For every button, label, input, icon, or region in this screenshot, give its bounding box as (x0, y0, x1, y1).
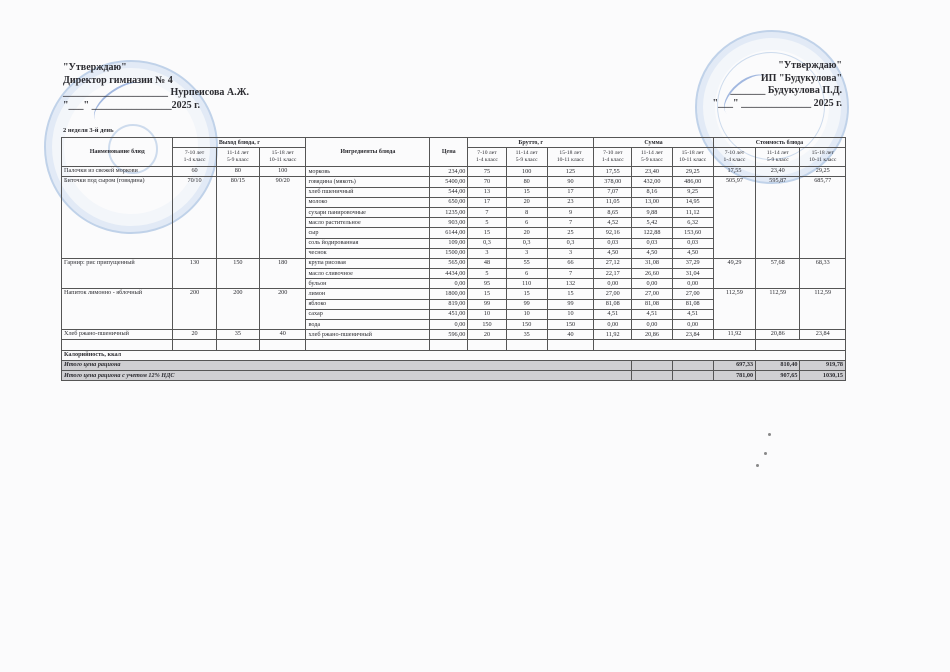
ingredient-gross: 15 (506, 187, 547, 197)
empty-cell (260, 340, 306, 350)
ingredient-sum: 0,00 (594, 320, 632, 330)
total-value: 697,33 (713, 360, 755, 370)
ingredient-gross: 40 (547, 330, 593, 340)
ingredient-gross: 55 (506, 258, 547, 268)
ingredient-sum: 13,00 (632, 197, 672, 207)
ingredient-gross: 10 (547, 309, 593, 319)
approval-title: "Утверждаю" (712, 60, 842, 73)
ingredient-gross: 3 (468, 248, 506, 258)
scan-speck (768, 433, 771, 436)
total-value: 781,00 (713, 370, 755, 380)
approval-signature-line: _____________________ Нурпеисова А.Ж. (63, 87, 249, 100)
ingredient-sum: 432,00 (632, 177, 672, 187)
ingredient-sum: 4,52 (594, 218, 632, 228)
ingredient-name: бульон (306, 279, 430, 289)
grade-label: 5-9 класс (758, 157, 797, 165)
header-age-group: 7-10 лет1-4 класс (594, 148, 632, 167)
header-gross: Брутто, г (468, 138, 594, 148)
ingredient-sum: 11,05 (594, 197, 632, 207)
ingredient-sum: 27,00 (672, 289, 713, 299)
header-sum: Сумма (594, 138, 714, 148)
ingredient-price: 234,00 (430, 167, 468, 177)
ingredient-name: сухари панировочные (306, 207, 430, 217)
ingredient-name: сахар (306, 309, 430, 319)
dish-yield: 180 (260, 258, 306, 289)
ingredient-price: 6144,00 (430, 228, 468, 238)
approval-block-left: "Утверждаю" Директор гимназии № 4 ______… (63, 62, 249, 112)
dish-cost: 49,29 (713, 258, 755, 289)
ingredient-gross: 125 (547, 167, 593, 177)
dish-yield: 150 (216, 258, 259, 289)
total-row: Итого цена рациона697,33810,40919,78 (62, 360, 846, 370)
ingredient-sum: 0,03 (672, 238, 713, 248)
ingredient-sum: 8,16 (632, 187, 672, 197)
dish-cost: 20,86 (756, 330, 800, 340)
ingredient-sum: 17,55 (594, 167, 632, 177)
ingredient-gross: 100 (506, 167, 547, 177)
ingredient-gross: 15 (506, 289, 547, 299)
ingredient-sum: 4,51 (672, 309, 713, 319)
empty-row (62, 340, 846, 350)
ingredient-sum: 0,03 (594, 238, 632, 248)
header-age-group: 11-14 лет5-9 класс (632, 148, 672, 167)
header-age-group: 7-10 лет1-4 класс (468, 148, 506, 167)
empty-cell (506, 340, 547, 350)
dish-name: Биточки под сыром (говядина) (62, 177, 173, 259)
ingredient-name: хлеб ржано-пшеничный (306, 330, 430, 340)
ingredient-gross: 15 (468, 228, 506, 238)
ingredient-gross: 132 (547, 279, 593, 289)
ingredient-gross: 20 (468, 330, 506, 340)
dish-cost: 595,87 (756, 177, 800, 259)
ingredient-gross: 3 (547, 248, 593, 258)
ingredient-sum: 11,92 (594, 330, 632, 340)
ingredient-gross: 10 (506, 309, 547, 319)
ingredient-gross: 5 (468, 269, 506, 279)
header-age-group: 11-14 лет5-9 класс (506, 148, 547, 167)
ingredient-name: лимон (306, 289, 430, 299)
ingredient-gross: 15 (547, 289, 593, 299)
ingredient-sum: 0,00 (632, 320, 672, 330)
grade-label: 1-4 класс (175, 157, 213, 165)
ingredient-gross: 66 (547, 258, 593, 268)
ingredient-gross: 35 (506, 330, 547, 340)
dish-yield: 35 (216, 330, 259, 340)
total-vat-row: Итого цена рациона с учетом 12% НДС781,0… (62, 370, 846, 380)
ingredient-name: сыр (306, 228, 430, 238)
ingredient-sum: 27,00 (594, 289, 632, 299)
dish-cost: 23,40 (756, 167, 800, 177)
table-row: Хлеб ржано-пшеничный203540хлеб ржано-пше… (62, 330, 846, 340)
empty-cell (173, 340, 216, 350)
dish-yield: 90/20 (260, 177, 306, 259)
total-value: 919,78 (800, 360, 846, 370)
ingredient-gross: 150 (468, 320, 506, 330)
ingredient-gross: 7 (468, 207, 506, 217)
ingredient-gross: 99 (547, 299, 593, 309)
header-ingredients: Ингредиенты блюда (306, 138, 430, 167)
table-row: Палочки из свежей моркови6080100морковь2… (62, 167, 846, 177)
dish-yield: 70/10 (173, 177, 216, 259)
ingredient-sum: 37,29 (672, 258, 713, 268)
header-age-group: 15-18 лет10-11 класс (547, 148, 593, 167)
ingredient-price: 0,00 (430, 279, 468, 289)
header-yield: Выход блюда, г (173, 138, 306, 148)
ingredient-price: 0,00 (430, 320, 468, 330)
dish-yield: 100 (260, 167, 306, 177)
dish-name: Напиток лимонно - яблочный (62, 289, 173, 330)
dish-name: Хлеб ржано-пшеничный (62, 330, 173, 340)
ingredient-sum: 29,25 (672, 167, 713, 177)
dish-yield: 20 (173, 330, 216, 340)
ingredient-gross: 20 (506, 228, 547, 238)
total-value: 1030,15 (800, 370, 846, 380)
header-dish-name: Наименование блюд (62, 138, 173, 167)
scan-speck (764, 452, 767, 455)
age-label: 7-10 лет (716, 150, 753, 158)
header-dish-cost: Стоимость блюда (713, 138, 845, 148)
menu-day-subtitle: 2 неделя 3-й день (63, 127, 114, 134)
grade-label: 10-11 класс (802, 157, 843, 165)
ingredient-price: 903,00 (430, 218, 468, 228)
empty-cell (306, 340, 430, 350)
empty-cell (547, 340, 593, 350)
approval-position: ИП "Будукулова" (712, 73, 842, 86)
approval-date-line: "___" ________________2025 г. (63, 100, 249, 113)
ingredient-sum: 486,00 (672, 177, 713, 187)
header-age-group: 7-10 лет1-4 класс (713, 148, 755, 167)
ingredient-sum: 0,03 (632, 238, 672, 248)
ingredient-gross: 15 (468, 289, 506, 299)
ingredient-name: масло растительное (306, 218, 430, 228)
ingredient-gross: 9 (547, 207, 593, 217)
ingredient-price: 596,00 (430, 330, 468, 340)
dish-yield: 80/15 (216, 177, 259, 259)
total-value: 907,65 (756, 370, 800, 380)
grade-label: 1-4 класс (470, 157, 503, 165)
empty-cell (672, 370, 713, 380)
ingredient-gross: 13 (468, 187, 506, 197)
age-label: 15-18 лет (550, 150, 591, 158)
approval-signature-line: _______ Будукулова П.Д. (712, 85, 842, 98)
age-label: 7-10 лет (596, 150, 629, 158)
age-label: 11-14 лет (634, 150, 669, 158)
grade-label: 10-11 класс (675, 157, 711, 165)
empty-cell (672, 360, 713, 370)
ingredient-sum: 153,60 (672, 228, 713, 238)
header-age-group: 7-10 лет1-4 класс (173, 148, 216, 167)
menu-table: Наименование блюдВыход блюда, гИнгредиен… (61, 137, 846, 381)
dish-cost: 112,59 (800, 289, 846, 330)
grade-label: 10-11 класс (262, 157, 303, 165)
age-label: 7-10 лет (175, 150, 213, 158)
dish-cost: 112,59 (756, 289, 800, 330)
dish-cost: 23,84 (800, 330, 846, 340)
header-row: Наименование блюдВыход блюда, гИнгредиен… (62, 138, 846, 148)
ingredient-sum: 0,00 (632, 279, 672, 289)
ingredient-sum: 14,95 (672, 197, 713, 207)
ingredient-gross: 0,3 (506, 238, 547, 248)
dish-cost: 505,97 (713, 177, 755, 259)
empty-cell (216, 340, 259, 350)
age-label: 11-14 лет (758, 150, 797, 158)
ingredient-sum: 20,86 (632, 330, 672, 340)
approval-position: Директор гимназии № 4 (63, 75, 249, 88)
ingredient-sum: 4,51 (632, 309, 672, 319)
ingredient-gross: 20 (506, 197, 547, 207)
ingredient-gross: 17 (468, 197, 506, 207)
table-row: Гарнир: рис припущенный130150180крупа ри… (62, 258, 846, 268)
empty-cell (468, 340, 506, 350)
ingredient-price: 650,00 (430, 197, 468, 207)
ingredient-sum: 23,84 (672, 330, 713, 340)
ingredient-sum: 23,40 (632, 167, 672, 177)
ingredient-gross: 3 (506, 248, 547, 258)
ingredient-sum: 0,00 (672, 279, 713, 289)
ingredient-name: чеснок (306, 248, 430, 258)
ingredient-sum: 4,50 (672, 248, 713, 258)
ingredient-sum: 92,16 (594, 228, 632, 238)
ingredient-gross: 0,3 (547, 238, 593, 248)
ingredient-gross: 10 (468, 309, 506, 319)
total-label: Итого цена рациона с учетом 12% НДС (62, 370, 632, 380)
dish-yield: 200 (173, 289, 216, 330)
ingredient-gross: 6 (506, 218, 547, 228)
ingredient-gross: 99 (468, 299, 506, 309)
ingredient-sum: 26,60 (632, 269, 672, 279)
ingredient-gross: 17 (547, 187, 593, 197)
ingredient-gross: 110 (506, 279, 547, 289)
ingredient-gross: 150 (547, 320, 593, 330)
ingredient-name: масло сливочное (306, 269, 430, 279)
ingredient-name: соль йодированная (306, 238, 430, 248)
empty-cell (756, 340, 846, 350)
empty-cell (632, 360, 672, 370)
calories-label: Калорийность, ккал (62, 350, 846, 360)
approval-block-right: "Утверждаю" ИП "Будукулова" _______ Буду… (712, 60, 842, 110)
ingredient-gross: 75 (468, 167, 506, 177)
table-row: Биточки под сыром (говядина)70/1080/1590… (62, 177, 846, 187)
ingredient-price: 5400,00 (430, 177, 468, 187)
ingredient-price: 1235,00 (430, 207, 468, 217)
dish-yield: 40 (260, 330, 306, 340)
ingredient-gross: 25 (547, 228, 593, 238)
age-label: 15-18 лет (262, 150, 303, 158)
ingredient-sum: 0,00 (594, 279, 632, 289)
dish-cost: 17,55 (713, 167, 755, 177)
grade-label: 5-9 класс (634, 157, 669, 165)
ingredient-gross: 150 (506, 320, 547, 330)
ingredient-sum: 11,12 (672, 207, 713, 217)
ingredient-sum: 8,65 (594, 207, 632, 217)
ingredient-name: вода (306, 320, 430, 330)
approval-title: "Утверждаю" (63, 62, 249, 75)
ingredient-gross: 23 (547, 197, 593, 207)
age-label: 7-10 лет (470, 150, 503, 158)
ingredient-sum: 22,17 (594, 269, 632, 279)
ingredient-name: морковь (306, 167, 430, 177)
header-age-group: 15-18 лет10-11 класс (672, 148, 713, 167)
approval-date-line: "___" ______________ 2025 г. (712, 98, 842, 111)
ingredient-name: говядина (мякоть) (306, 177, 430, 187)
ingredient-price: 109,00 (430, 238, 468, 248)
grade-label: 5-9 класс (509, 157, 545, 165)
dish-cost: 57,68 (756, 258, 800, 289)
dish-yield: 80 (216, 167, 259, 177)
ingredient-price: 544,00 (430, 187, 468, 197)
ingredient-sum: 7,07 (594, 187, 632, 197)
age-label: 15-18 лет (675, 150, 711, 158)
dish-yield: 200 (260, 289, 306, 330)
dish-cost: 11,92 (713, 330, 755, 340)
ingredient-sum: 4,50 (632, 248, 672, 258)
ingredient-sum: 81,08 (632, 299, 672, 309)
dish-yield: 130 (173, 258, 216, 289)
ingredient-gross: 80 (506, 177, 547, 187)
ingredient-gross: 95 (468, 279, 506, 289)
grade-label: 10-11 класс (550, 157, 591, 165)
calories-row: Калорийность, ккал (62, 350, 846, 360)
header-price: Цена (430, 138, 468, 167)
ingredient-gross: 6 (506, 269, 547, 279)
empty-cell (594, 340, 756, 350)
ingredient-name: яблоко (306, 299, 430, 309)
ingredient-gross: 5 (468, 218, 506, 228)
total-value: 810,40 (756, 360, 800, 370)
ingredient-gross: 99 (506, 299, 547, 309)
ingredient-sum: 122,88 (632, 228, 672, 238)
ingredient-sum: 378,00 (594, 177, 632, 187)
ingredient-gross: 7 (547, 218, 593, 228)
ingredient-price: 565,00 (430, 258, 468, 268)
ingredient-price: 4434,00 (430, 269, 468, 279)
header-age-group: 15-18 лет10-11 класс (260, 148, 306, 167)
age-label: 11-14 лет (509, 150, 545, 158)
grade-label: 5-9 класс (219, 157, 257, 165)
ingredient-gross: 0,3 (468, 238, 506, 248)
ingredient-price: 1800,00 (430, 289, 468, 299)
dish-cost: 29,25 (800, 167, 846, 177)
empty-cell (430, 340, 468, 350)
ingredient-sum: 0,00 (672, 320, 713, 330)
ingredient-sum: 27,00 (632, 289, 672, 299)
dish-cost: 68,33 (800, 258, 846, 289)
ingredient-gross: 48 (468, 258, 506, 268)
ingredient-price: 819,00 (430, 299, 468, 309)
age-label: 15-18 лет (802, 150, 843, 158)
dish-cost: 685,77 (800, 177, 846, 259)
dish-yield: 200 (216, 289, 259, 330)
ingredient-gross: 7 (547, 269, 593, 279)
dish-cost: 112,59 (713, 289, 755, 330)
ingredient-sum: 4,51 (594, 309, 632, 319)
ingredient-sum: 9,88 (632, 207, 672, 217)
ingredient-name: хлеб пшеничный (306, 187, 430, 197)
ingredient-price: 451,00 (430, 309, 468, 319)
grade-label: 1-4 класс (596, 157, 629, 165)
dish-name: Палочки из свежей моркови (62, 167, 173, 177)
age-label: 11-14 лет (219, 150, 257, 158)
ingredient-sum: 27,12 (594, 258, 632, 268)
ingredient-name: молоко (306, 197, 430, 207)
table-row: Напиток лимонно - яблочный200200200лимон… (62, 289, 846, 299)
grade-label: 1-4 класс (716, 157, 753, 165)
ingredient-price: 1500,00 (430, 248, 468, 258)
ingredient-name: крупа рисовая (306, 258, 430, 268)
ingredient-gross: 8 (506, 207, 547, 217)
ingredient-sum: 5,42 (632, 218, 672, 228)
ingredient-sum: 9,25 (672, 187, 713, 197)
ingredient-gross: 70 (468, 177, 506, 187)
ingredient-sum: 6,32 (672, 218, 713, 228)
ingredient-sum: 4,50 (594, 248, 632, 258)
total-label: Итого цена рациона (62, 360, 632, 370)
document-page: "Утверждаю" Директор гимназии № 4 ______… (0, 0, 950, 672)
header-age-group: 15-18 лет10-11 класс (800, 148, 846, 167)
ingredient-gross: 90 (547, 177, 593, 187)
ingredient-sum: 31,08 (632, 258, 672, 268)
dish-yield: 60 (173, 167, 216, 177)
ingredient-sum: 31,04 (672, 269, 713, 279)
empty-cell (632, 370, 672, 380)
header-age-group: 11-14 лет5-9 класс (216, 148, 259, 167)
header-age-group: 11-14 лет5-9 класс (756, 148, 800, 167)
ingredient-sum: 81,08 (672, 299, 713, 309)
empty-cell (62, 340, 173, 350)
dish-name: Гарнир: рис припущенный (62, 258, 173, 289)
ingredient-sum: 81,08 (594, 299, 632, 309)
scan-speck (756, 464, 759, 467)
